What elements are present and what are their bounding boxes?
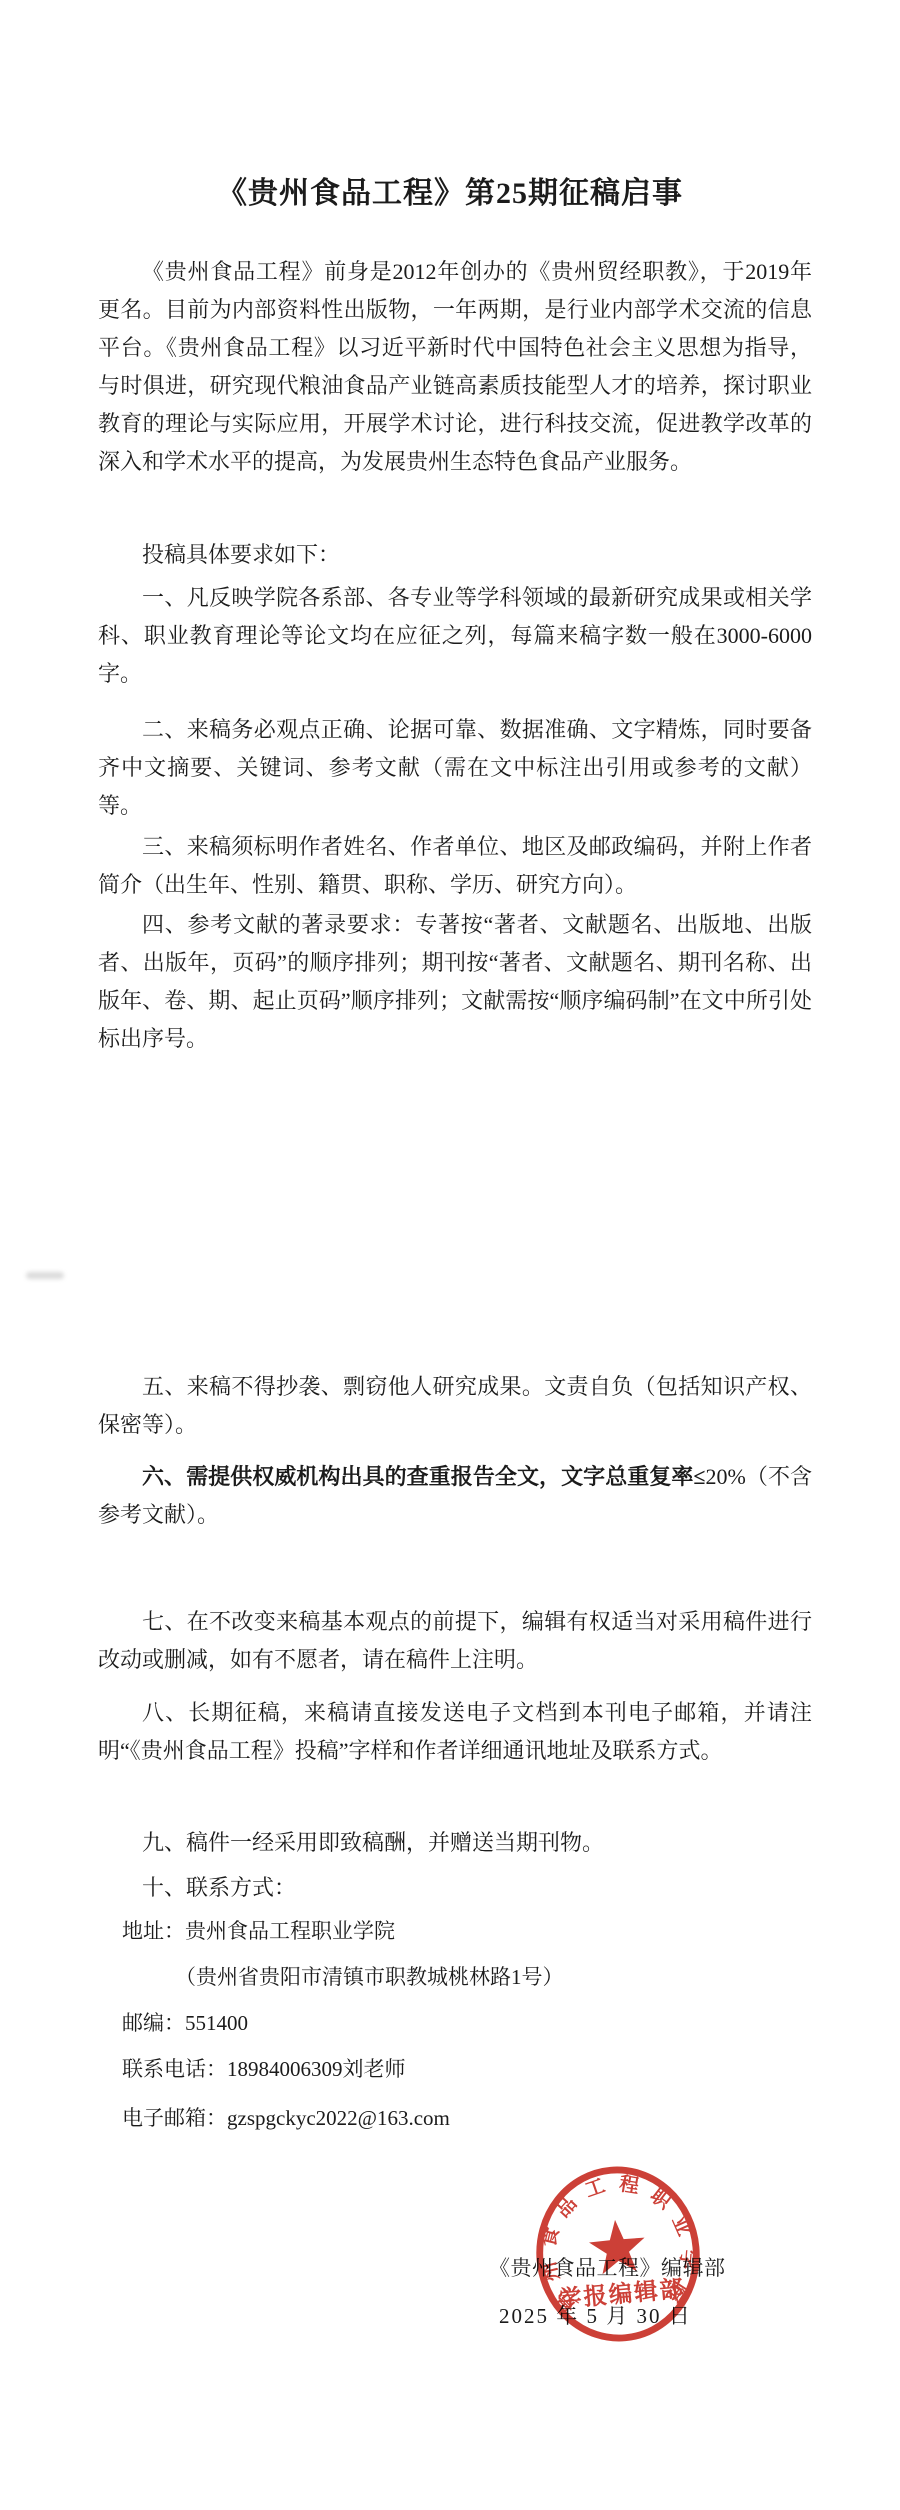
document-page: 《贵州食品工程》第25期征稿启事 《贵州食品工程》前身是2012年创办的《贵州贸… (0, 0, 900, 2510)
item-2: 二、来稿务必观点正确、论据可靠、数据准确、文字精炼，同时要备齐中文摘要、关键词、… (98, 711, 812, 825)
star-icon (587, 2217, 647, 2275)
item-7: 七、在不改变来稿基本观点的前提下，编辑有权适当对采用稿件进行改动或删减，如有不愿… (98, 1603, 812, 1679)
address-detail-line: （贵州省贵阳市清镇市职教城桃林路1号） (175, 1962, 564, 1992)
svg-text:程: 程 (618, 2172, 641, 2198)
item-8: 八、长期征稿，来稿请直接发送电子文档到本刊电子邮箱，并请注明“《贵州食品工程》投… (98, 1694, 812, 1770)
postcode-line: 邮编：551400 (122, 2008, 248, 2038)
requirements-lead: 投稿具体要求如下： (98, 536, 812, 574)
item-3: 三、来稿须标明作者姓名、作者单位、地区及邮政编码，并附上作者简介（出生年、性别、… (98, 828, 812, 904)
item-9: 九、稿件一经采用即致稿酬，并赠送当期刊物。 (98, 1824, 812, 1862)
email-line: 电子邮箱：gzspgckyc2022@163.com (122, 2103, 450, 2133)
address-line: 地址：贵州食品工程职业学院 (122, 1916, 395, 1946)
doc-title: 《贵州食品工程》第25期征稿启事 (0, 168, 900, 212)
phone-line: 联系电话：18984006309刘老师 (122, 2054, 406, 2084)
official-seal: 贵州食品工程职业学院 学报编辑部 (522, 2155, 713, 2354)
scan-smudge-artifact (26, 1272, 64, 1279)
item-6: 六、需提供权威机构出具的查重报告全文，文字总重复率≤20%（不含参考文献）。 (98, 1458, 812, 1534)
item-1: 一、凡反映学院各系部、各专业等学科领域的最新研究成果或相关学科、职业教育理论等论… (98, 579, 812, 693)
item-10: 十、联系方式： (98, 1869, 812, 1907)
seal-bottom-text: 学报编辑部 (557, 2274, 686, 2313)
item-6-bold-text: 六、需提供权威机构出具的查重报告全文，文字总重复率≤ (142, 1464, 706, 1489)
intro-paragraph: 《贵州食品工程》前身是2012年创办的《贵州贸经职教》，于2019年更名。目前为… (98, 253, 812, 481)
item-5: 五、来稿不得抄袭、剽窃他人研究成果。文责自负（包括知识产权、保密等）。 (98, 1368, 812, 1444)
item-4: 四、参考文献的著录要求：专著按“著者、文献题名、出版地、出版者、出版年，页码”的… (98, 906, 812, 1058)
svg-text:学: 学 (676, 2249, 701, 2271)
